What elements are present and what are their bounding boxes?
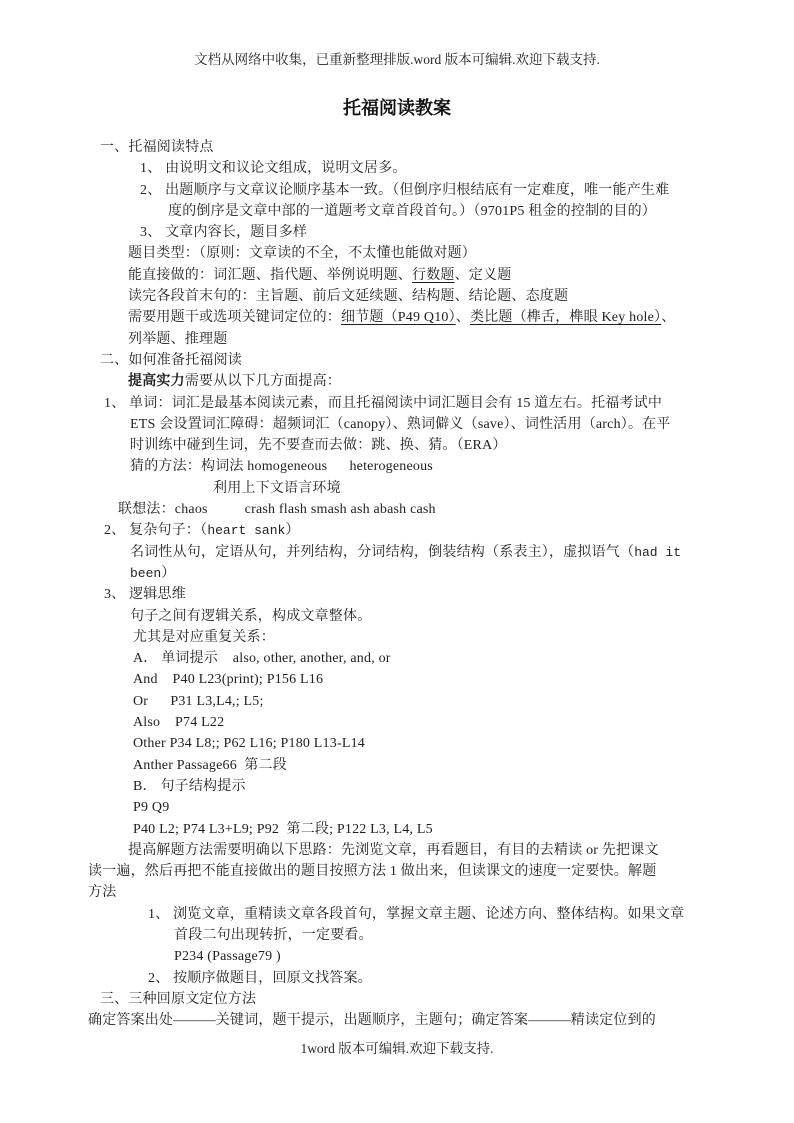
text-segment: 读一遍，然后再把不能直接做出的题目按照方法 1 做出来，但读课文的速度一定要快。… — [88, 864, 656, 879]
text-segment: And P40 L23(print); P156 L16 — [133, 672, 323, 687]
text-segment: 3、 逻辑思维 — [104, 587, 186, 602]
text-segment: 1、 单词：词汇是最基本阅读元素，而且托福阅读中词汇题目会有 15 道左右。托福… — [104, 396, 662, 411]
text-line: Other P34 L8;; P62 L16; P180 L13-L14 — [88, 733, 716, 754]
text-line: 首段二句出现转折，一定要看。 — [88, 925, 716, 946]
text-line: been） — [88, 563, 716, 584]
text-line: P40 L2; P74 L3+L9; P92 第二段; P122 L3, L4,… — [88, 819, 716, 840]
text-line: Anther Passage66 第二段 — [88, 755, 716, 776]
text-line: 需要用题干或选项关键词定位的：细节题（P49 Q10）、类比题（榫舌，榫眼 Ke… — [88, 307, 716, 328]
text-line: 三、三种回原文定位方法 — [88, 989, 716, 1010]
text-segment: Also P74 L22 — [133, 715, 224, 730]
text-line: 句子之间有逻辑关系，构成文章整体。 — [88, 606, 716, 627]
text-line: 利用上下文语言环境 — [88, 478, 716, 499]
text-segment: 猜的方法：构词法 homogeneous heterogeneous — [130, 459, 433, 474]
text-segment: 首段二句出现转折，一定要看。 — [174, 928, 373, 943]
text-line: 联想法：chaos crash flash smash ash abash ca… — [88, 499, 716, 520]
text-segment: Or P31 L3,L4,; L5; — [133, 694, 264, 709]
text-segment: had it — [634, 545, 681, 560]
text-segment: 尤其是对应重复关系： — [133, 630, 275, 645]
text-segment: 读完各段首末句的：主旨题、前后文延续题、结构题、结论题、态度题 — [128, 289, 568, 304]
text-segment: 、 — [661, 310, 675, 325]
text-segment: 需要从以下几方面提高： — [185, 374, 341, 389]
text-line: 1、 浏览文章，重精读文章各段首句，掌握文章主题、论述方向、整体结构。如果文章 — [88, 904, 716, 925]
text-line: 2、 复杂句子：（heart sank） — [88, 520, 716, 541]
text-line: 时训练中碰到生词，先不要查而去做：跳、换、猜。（ERA） — [88, 435, 716, 456]
text-segment: ） — [285, 523, 299, 538]
text-line: And P40 L23(print); P156 L16 — [88, 669, 716, 690]
text-line: 二、如何准备托福阅读 — [88, 350, 716, 371]
text-segment: heart sank — [207, 523, 285, 538]
text-line: 名词性从句，定语从句，并列结构，分词结构，倒装结构（系表主），虚拟语气（had … — [88, 542, 716, 563]
text-segment: 提高实力 — [128, 374, 185, 389]
text-line: 读完各段首末句的：主旨题、前后文延续题、结构题、结论题、态度题 — [88, 286, 716, 307]
text-segment: 三、三种回原文定位方法 — [100, 992, 256, 1007]
text-line: 1、 由说明文和议论文组成，说明文居多。 — [88, 158, 716, 179]
text-line: 1、 单词：词汇是最基本阅读元素，而且托福阅读中词汇题目会有 15 道左右。托福… — [88, 393, 716, 414]
text-segment: 1、 由说明文和议论文组成，说明文居多。 — [140, 161, 407, 176]
text-line: Also P74 L22 — [88, 712, 716, 733]
text-line: 列举题、推理题 — [88, 329, 716, 350]
text-line: P234 (Passage79 ) — [88, 946, 716, 967]
text-line: 度的倒序是文章中部的一道题考文章首段首句。）（9701P5 租金的控制的目的） — [88, 201, 716, 222]
text-segment: 1、 浏览文章，重精读文章各段首句，掌握文章主题、论述方向、整体结构。如果文章 — [148, 907, 684, 922]
text-segment: 句子之间有逻辑关系，构成文章整体。 — [130, 609, 371, 624]
text-segment: 列举题、推理题 — [128, 332, 227, 347]
document-page: 文档从网络中收集，已重新整理排版.word 版本可编辑.欢迎下载支持. 托福阅读… — [0, 0, 794, 1123]
text-line: 提高实力需要从以下几方面提高： — [88, 371, 716, 392]
text-line: 题目类型：（原则：文章读的不全，不太懂也能做对题） — [88, 243, 716, 264]
text-line: 2、 按顺序做题目，回原文找答案。 — [88, 968, 716, 989]
header-note: 文档从网络中收集，已重新整理排版.word 版本可编辑.欢迎下载支持. — [0, 48, 794, 68]
page-title: 托福阅读教案 — [0, 94, 794, 120]
text-segment: Other P34 L8;; P62 L16; P180 L13-L14 — [133, 736, 365, 751]
text-line: 确定答案出处———关键词，题干提示，出题顺序，主题句；确定答案———精读定位到的 — [88, 1010, 716, 1031]
text-segment: 度的倒序是文章中部的一道题考文章首段首句。）（9701P5 租金的控制的目的） — [168, 204, 656, 219]
text-segment: 2、 按顺序做题目，回原文找答案。 — [148, 971, 372, 986]
text-segment: 提高解题方法需要明确以下思路：先浏览文章，再看题目，有目的去精读 or 先把课文 — [128, 843, 659, 858]
text-line: 2、 出题顺序与文章议论顺序基本一致。（但倒序归根结底有一定难度，唯一能产生难 — [88, 180, 716, 201]
text-line: 方法 — [88, 882, 716, 903]
text-segment: B． 句子结构提示 — [133, 779, 246, 794]
text-segment: 、定义题 — [455, 268, 512, 283]
text-segment: ） — [161, 566, 175, 581]
text-segment: 2、 出题顺序与文章议论顺序基本一致。（但倒序归根结底有一定难度，唯一能产生难 — [140, 183, 669, 198]
footer-note: 1word 版本可编辑.欢迎下载支持. — [0, 1037, 794, 1057]
text-line: A． 单词提示 also, other, another, and, or — [88, 648, 716, 669]
text-segment: 名词性从句，定语从句，并列结构，分词结构，倒装结构（系表主），虚拟语气（ — [130, 545, 634, 560]
text-segment: 方法 — [88, 885, 116, 900]
text-segment: A． 单词提示 also, other, another, and, or — [133, 651, 391, 666]
text-line: 提高解题方法需要明确以下思路：先浏览文章，再看题目，有目的去精读 or 先把课文 — [88, 840, 716, 861]
text-segment: 题目类型：（原则：文章读的不全，不太懂也能做对题） — [128, 246, 476, 261]
text-segment: Anther Passage66 第二段 — [133, 758, 287, 773]
text-segment: 类比题（榫舌，榫眼 Key hole） — [470, 310, 661, 325]
text-segment: 确定答案出处———关键词，题干提示，出题顺序，主题句；确定答案———精读定位到的 — [88, 1013, 656, 1028]
text-segment: 时训练中碰到生词，先不要查而去做：跳、换、猜。（ERA） — [130, 438, 507, 453]
text-segment: P40 L2; P74 L3+L9; P92 第二段; P122 L3, L4,… — [133, 822, 433, 837]
text-line: 3、 逻辑思维 — [88, 584, 716, 605]
text-line: 读一遍，然后再把不能直接做出的题目按照方法 1 做出来，但读课文的速度一定要快。… — [88, 861, 716, 882]
text-line: 3、 文章内容长，题目多样 — [88, 222, 716, 243]
text-segment: 3、 文章内容长，题目多样 — [140, 225, 307, 240]
text-segment: 一、托福阅读特点 — [100, 140, 214, 155]
text-segment: 利用上下文语言环境 — [213, 481, 341, 496]
text-segment: ETS 会设置词汇障碍：超频词汇（canopy）、熟词僻义（save）、词性活用… — [130, 417, 671, 432]
text-segment: 需要用题干或选项关键词定位的： — [128, 310, 341, 325]
text-line: P9 Q9 — [88, 797, 716, 818]
text-line: 一、托福阅读特点 — [88, 137, 716, 158]
document-body: 一、托福阅读特点1、 由说明文和议论文组成，说明文居多。2、 出题顺序与文章议论… — [88, 137, 716, 1031]
text-segment: 能直接做的：词汇题、指代题、举例说明题、 — [128, 268, 412, 283]
text-segment: 行数题 — [412, 268, 455, 283]
text-line: ETS 会设置词汇障碍：超频词汇（canopy）、熟词僻义（save）、词性活用… — [88, 414, 716, 435]
text-segment: 联想法：chaos crash flash smash ash abash ca… — [118, 502, 436, 517]
text-line: B． 句子结构提示 — [88, 776, 716, 797]
text-line: 尤其是对应重复关系： — [88, 627, 716, 648]
text-line: 猜的方法：构词法 homogeneous heterogeneous — [88, 456, 716, 477]
text-line: Or P31 L3,L4,; L5; — [88, 691, 716, 712]
text-segment: been — [130, 566, 161, 581]
text-segment: 、 — [456, 310, 470, 325]
text-segment: P234 (Passage79 ) — [174, 949, 281, 964]
text-segment: 2、 复杂句子：（ — [104, 523, 207, 538]
text-segment: P9 Q9 — [133, 800, 169, 815]
text-segment: 二、如何准备托福阅读 — [100, 353, 242, 368]
text-segment: 细节题（P49 Q10） — [341, 310, 456, 325]
text-line: 能直接做的：词汇题、指代题、举例说明题、行数题、定义题 — [88, 265, 716, 286]
